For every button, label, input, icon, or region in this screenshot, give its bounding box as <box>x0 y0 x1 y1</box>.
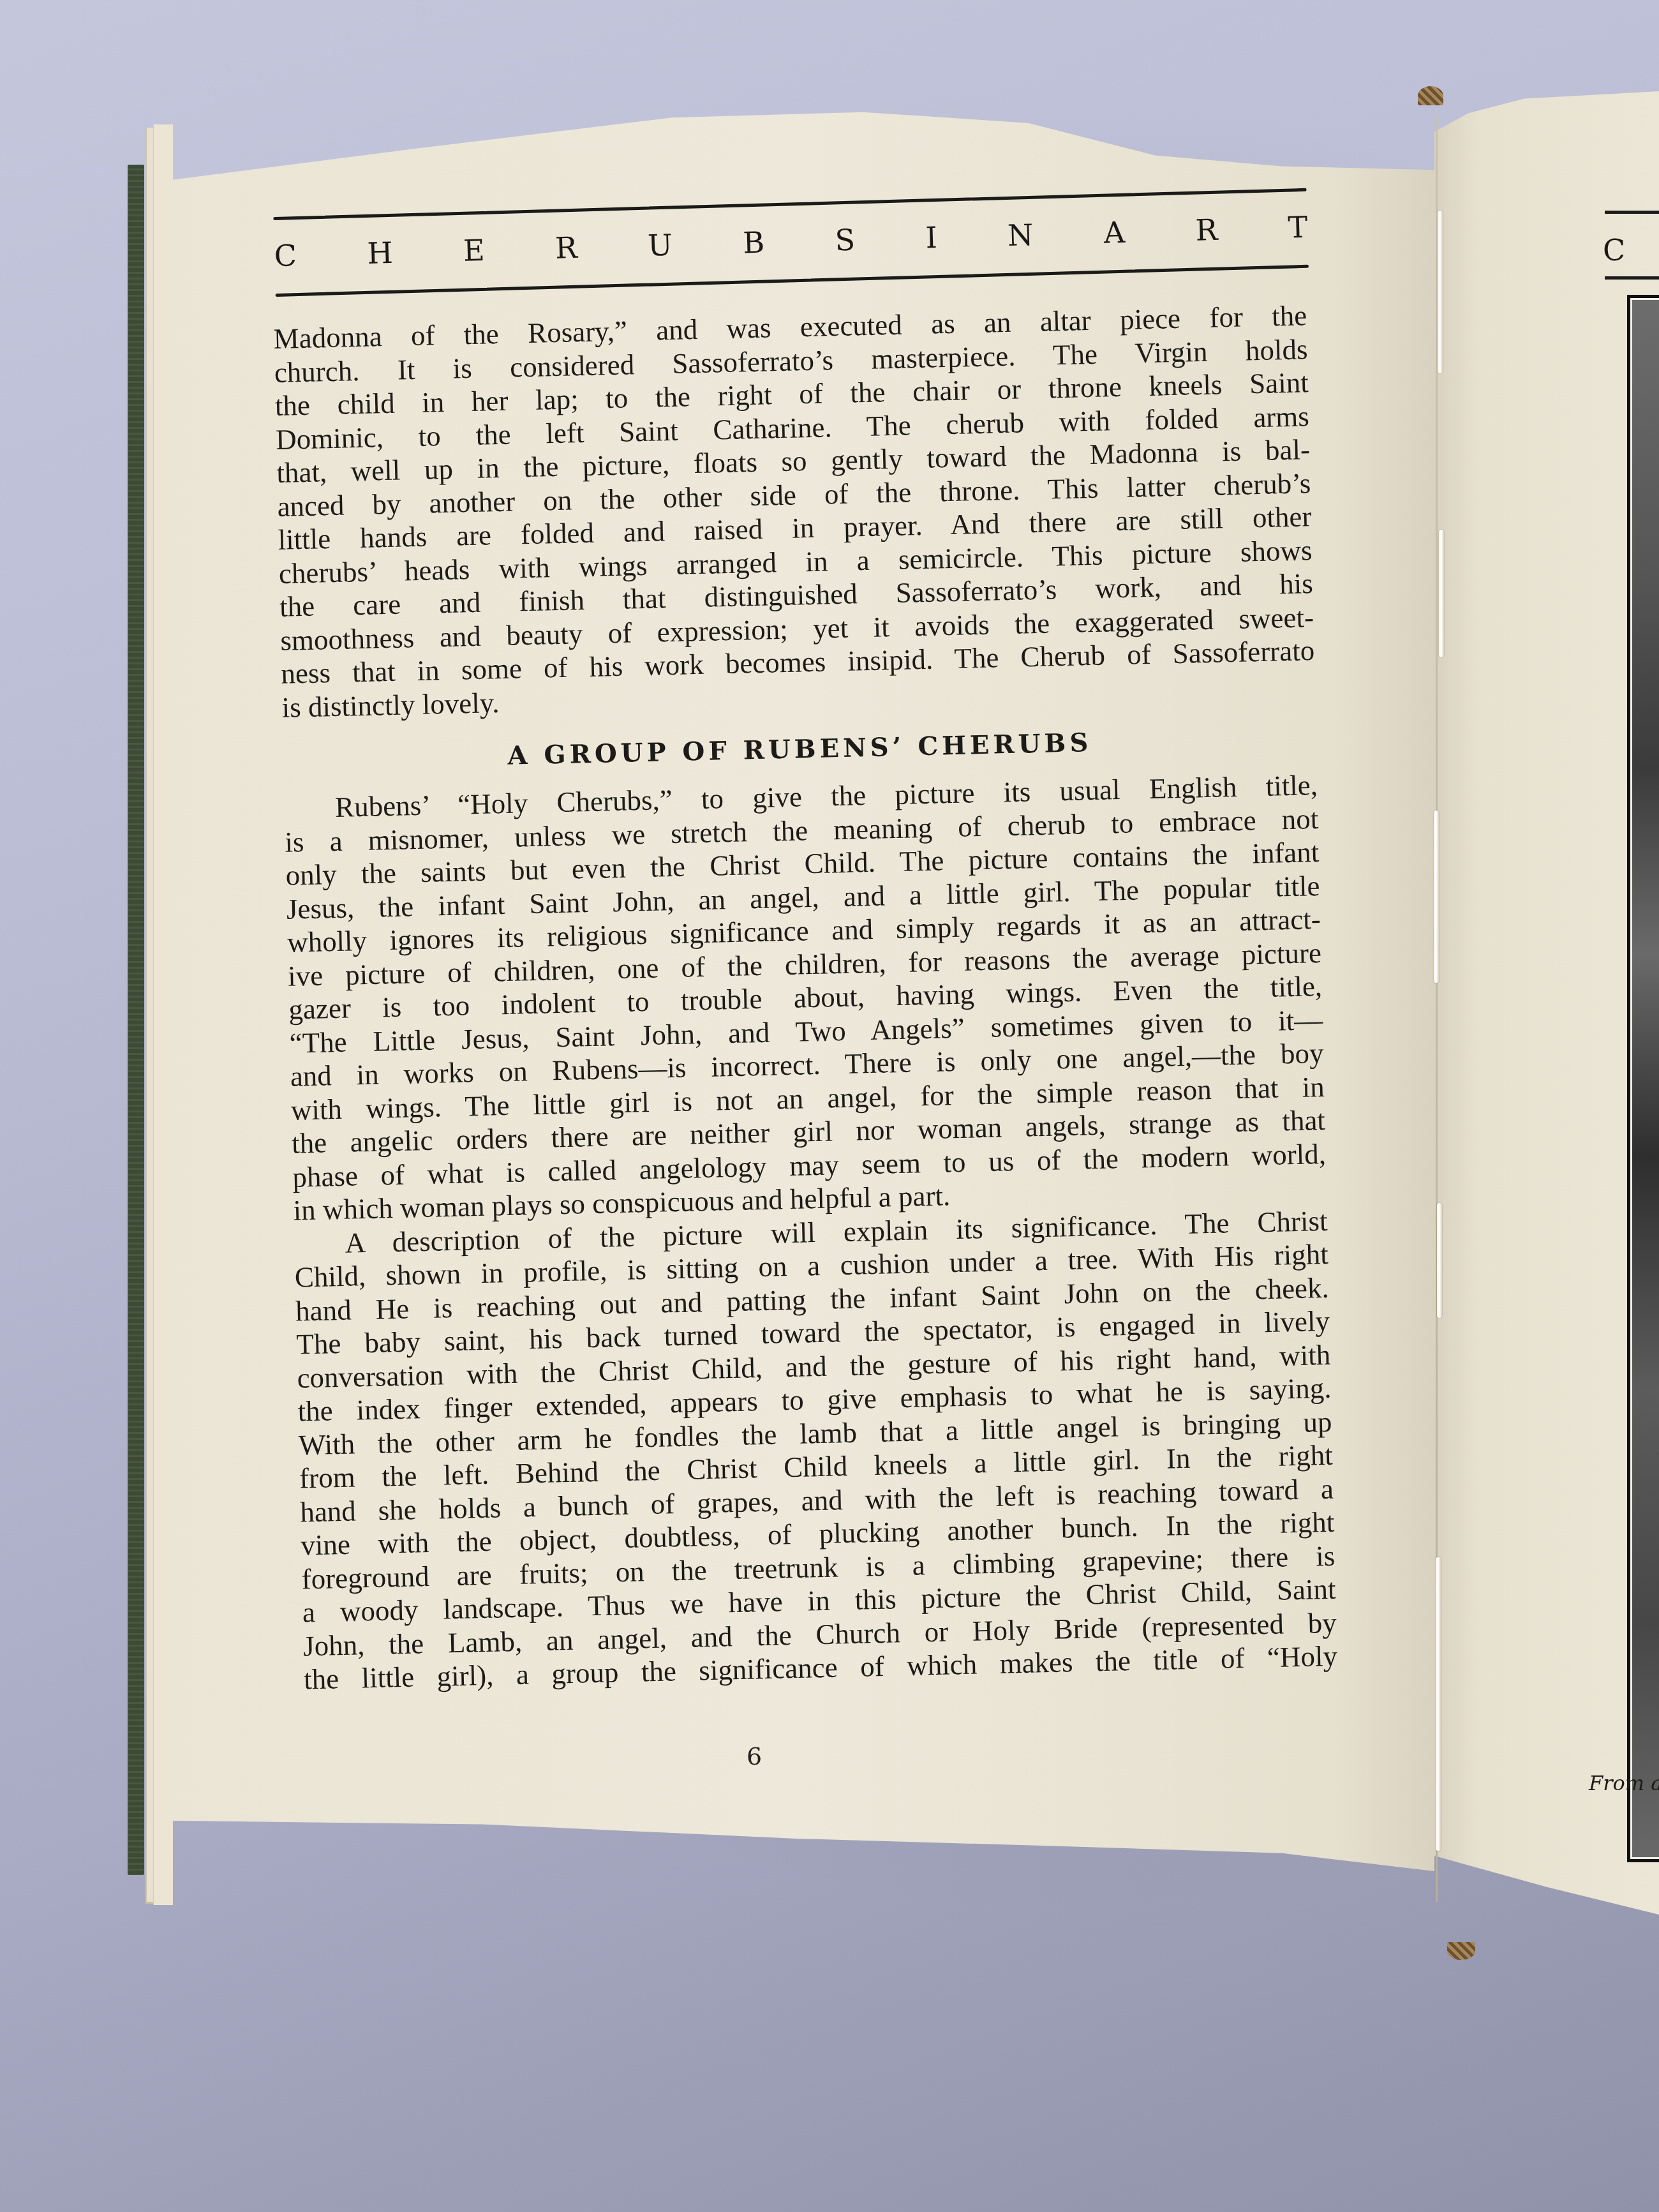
halftone-image <box>1632 300 1659 1857</box>
headband-bottom <box>1447 1942 1475 1960</box>
paragraph-rubens-description: A description of the picture will explai… <box>294 1204 1337 1696</box>
right-page <box>1434 77 1659 1915</box>
running-head-letter: R <box>554 230 577 265</box>
running-head-letter: E <box>463 233 485 268</box>
binding-stitch <box>1434 811 1439 983</box>
running-head-title: C H E R U B S I N A R T <box>274 210 1308 273</box>
page-body-text: Madonna of the Rosary,” and was executed… <box>273 299 1337 1696</box>
paragraph-rubens-intro: Rubens’ “Holy Cherubs,” to give the pict… <box>284 768 1327 1227</box>
right-running-head-letter: C <box>1603 233 1625 267</box>
running-head-letter: B <box>743 225 765 260</box>
right-running-head-top-rule <box>1605 211 1659 214</box>
paragraph-sassoferrato: Madonna of the Rosary,” and was executed… <box>273 299 1316 724</box>
plate-caption: From a <box>1589 1771 1659 1795</box>
right-running-head-bottom-rule <box>1605 276 1659 280</box>
running-head-letter: R <box>1195 213 1218 248</box>
binding-stitch <box>1437 1203 1442 1318</box>
running-head-letter: C <box>274 238 297 273</box>
book-cover-edge <box>128 165 144 1875</box>
running-head-letter: I <box>925 220 938 255</box>
binding-stitch <box>1439 530 1444 657</box>
running-head-letter: U <box>647 228 673 263</box>
running-head-letter: T <box>1288 210 1308 245</box>
running-head-letter: H <box>367 235 394 271</box>
binding-stitch <box>1438 211 1443 373</box>
illustration-plate <box>1627 295 1659 1862</box>
running-head-letter: N <box>1007 218 1034 253</box>
headband-top <box>1418 86 1443 105</box>
running-head-letter: S <box>835 223 856 258</box>
running-head-letter: A <box>1103 215 1126 250</box>
binding-stitch <box>1436 1557 1441 1851</box>
page-number: 6 <box>747 1742 762 1770</box>
